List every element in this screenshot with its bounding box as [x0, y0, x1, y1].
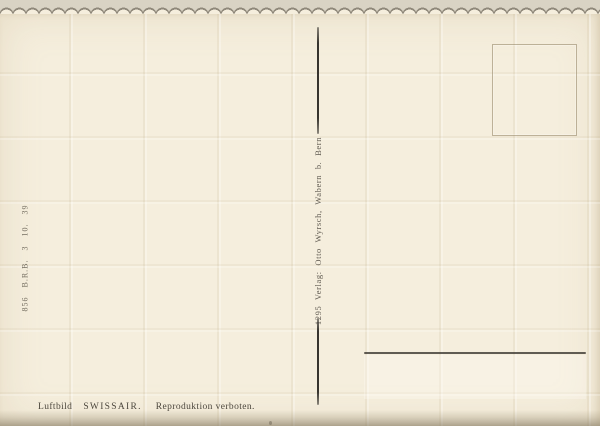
stamp-box	[492, 44, 577, 136]
address-line	[364, 352, 586, 354]
caption: LuftbildSWISSAIR.Reproduktion verboten.	[38, 402, 255, 412]
publisher-line-text: 1295 Verlag: Otto Wyrsch, Wabern b. Bern	[313, 137, 323, 325]
paper-speck	[269, 421, 272, 425]
center-divider-top	[317, 27, 319, 134]
scanned-postcard-back: 856 B.R.B. 3 10. 39 1295 Verlag: Otto Wy…	[0, 0, 600, 426]
postcard-card: 856 B.R.B. 3 10. 39 1295 Verlag: Otto Wy…	[0, 14, 600, 426]
caption-brand: SWISSAIR.	[83, 402, 141, 412]
address-area-highlight	[364, 355, 586, 399]
center-divider-bottom	[317, 318, 319, 405]
card-bottom-edge-shadow	[0, 410, 600, 426]
censor-print-code-text: 856 B.R.B. 3 10. 39	[21, 204, 30, 311]
caption-type-label: Luftbild	[38, 402, 72, 412]
caption-notice: Reproduktion verboten.	[156, 402, 255, 412]
